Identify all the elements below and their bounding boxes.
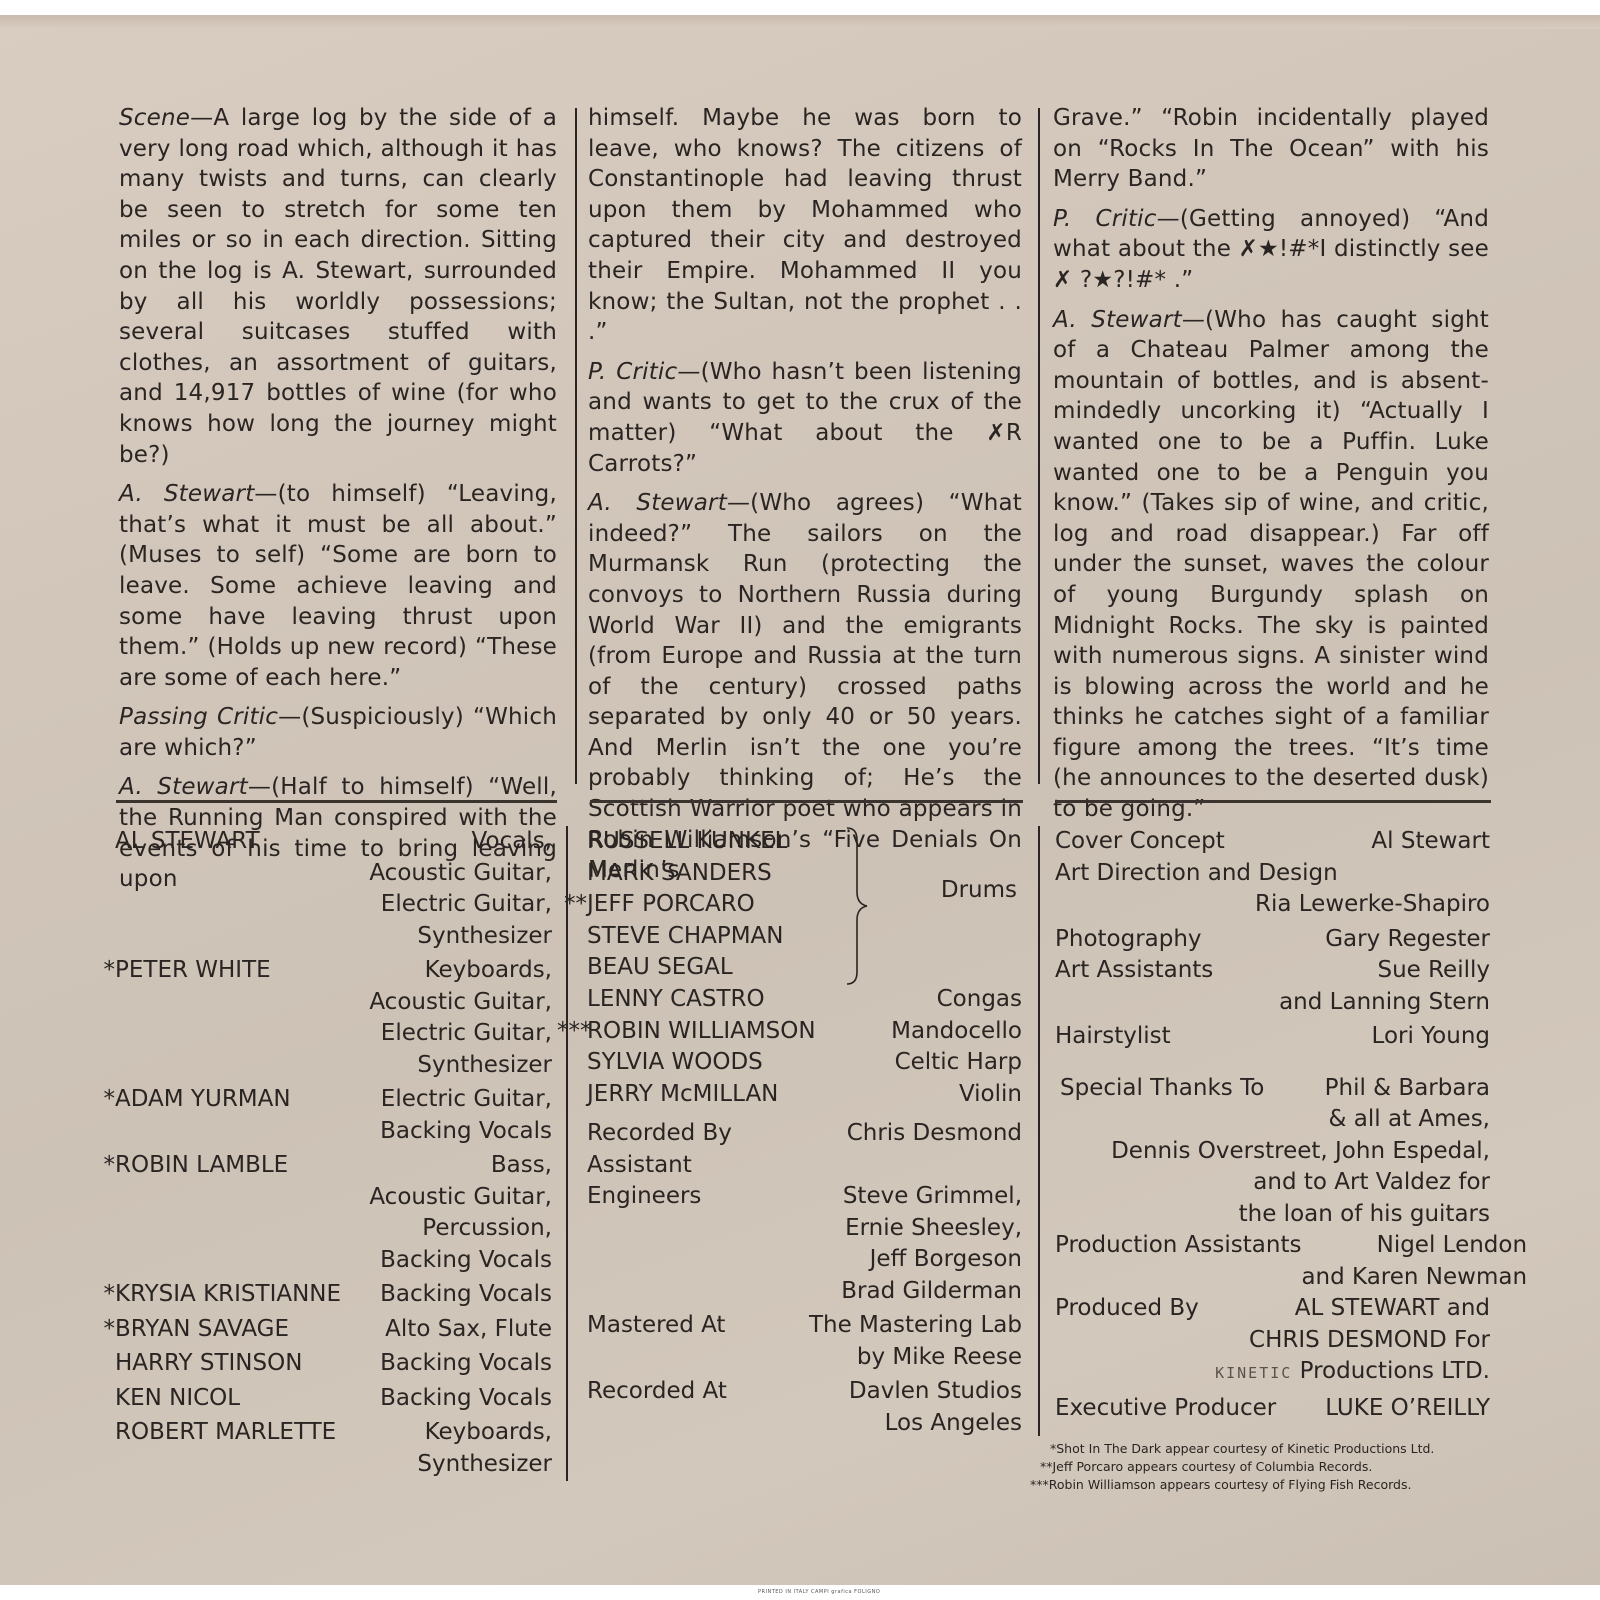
player-role: Celtic Harp (895, 1047, 1022, 1079)
paragraph-text: himself. Maybe he was born to leave, who… (588, 105, 1022, 345)
speaker-label: P. Critic (588, 359, 677, 385)
credit-row-recorded-by: Recorded ByChris Desmond (587, 1118, 1022, 1150)
footnote-marker: *** (557, 1016, 587, 1048)
player-name: JERRY McMILLAN (587, 1081, 778, 1107)
credit-value: and Karen Newman (1301, 1262, 1527, 1294)
musician-name: BRYAN SAVAGE (115, 1316, 289, 1342)
musician-role: Acoustic Guitar, (369, 987, 552, 1019)
musician-entry: *ROBIN LAMBLE Bass,Acoustic Guitar,Percu… (115, 1150, 552, 1276)
drummer-name-row: RUSSELL KUNKEL (587, 826, 1022, 858)
session-credits: RUSSELL KUNKEL MARK SANDERS **JEFF PORCA… (587, 826, 1022, 1439)
credit-label: Recorded By (587, 1118, 732, 1150)
musician-entry: HARRY STINSON Backing Vocals (115, 1348, 552, 1380)
credit-label: Hairstylist (1055, 1021, 1171, 1053)
musician-name: KEN NICOL (115, 1385, 240, 1411)
story-paragraph: A. Stewart—(Who has caught sight of a Ch… (1053, 305, 1489, 825)
musician-role: Synthesizer (369, 921, 552, 953)
drummer-name: JEFF PORCARO (587, 891, 755, 917)
credit-row-production-assistants: Production AssistantsNigel Lendonand Kar… (1055, 1230, 1490, 1293)
credit-value: The Mastering Lab (809, 1310, 1022, 1342)
printer-credit: PRINTED IN ITALY CAMPI grafica FOLIGNO (758, 1589, 880, 1595)
credit-label: Production Assistants (1055, 1230, 1301, 1293)
credit-value: AL STEWART and (1215, 1293, 1490, 1325)
credit-row-mastered-at: Mastered AtThe Mastering Labby Mike Rees… (587, 1310, 1022, 1373)
crew-credits: Cover ConceptAl Stewart Art Direction an… (1055, 826, 1490, 1424)
musician-entry: KEN NICOL Backing Vocals (115, 1383, 552, 1415)
credit-label: Art Direction and Design (1055, 858, 1338, 890)
musician-role: Keyboards, (369, 955, 552, 987)
column-divider (1038, 108, 1040, 784)
musicians-credits: AL STEWART Vocals,Acoustic Guitar,Electr… (115, 826, 552, 1480)
paragraph-text: (to himself) “Leaving, that’s what it mu… (119, 481, 557, 691)
story-paragraph: P. Critic—(Getting annoyed) “And what ab… (1053, 204, 1489, 296)
player-name: SYLVIA WOODS (587, 1049, 763, 1075)
drums-role: Drums (941, 875, 1017, 907)
musician-entry: *PETER WHITE Keyboards,Acoustic Guitar,E… (115, 955, 552, 1081)
drummer-name: MARK SANDERS (587, 860, 772, 886)
credit-value: Steve Grimmel, (841, 1181, 1022, 1213)
story-column-2: himself. Maybe he was born to leave, who… (588, 103, 1022, 895)
musician-role: Backing Vocals (380, 1348, 552, 1380)
thanks-line: Dennis Overstreet, John Espedal, (1055, 1136, 1490, 1168)
player-name: LENNY CASTRO (587, 986, 765, 1012)
musician-role: Backing Vocals (369, 1245, 552, 1277)
musician-name: ROBERT MARLETTE (115, 1419, 336, 1445)
credit-row-assistant: Assistant (587, 1150, 1022, 1182)
credit-row-produced-by: Produced ByAL STEWART andCHRIS DESMOND F… (1055, 1293, 1490, 1390)
musician-entry: ROBERT MARLETTE Keyboards,Synthesizer (115, 1417, 552, 1480)
player-row: JERRY McMILLANViolin (587, 1079, 1022, 1111)
thanks-line: Phil & Barbara (1325, 1073, 1490, 1105)
credit-value: and Lanning Stern (1279, 987, 1490, 1019)
speaker-label: Scene (119, 105, 190, 131)
column-divider (1038, 826, 1040, 1436)
curly-brace-icon (845, 826, 875, 986)
story-paragraph: Passing Critic—(Suspiciously) “Which are… (119, 702, 557, 763)
story-paragraph: Grave.” “Robin incidentally played on “R… (1053, 103, 1489, 195)
paragraph-text: (Who agrees) “What indeed?” The sailors … (588, 490, 1022, 883)
section-rule (1055, 800, 1491, 803)
speaker-label: A. Stewart (1053, 307, 1182, 333)
speaker-label: A. Stewart (119, 774, 248, 800)
credit-label: Produced By (1055, 1293, 1199, 1390)
special-thanks: Special Thanks ToPhil & Barbara & all at… (1055, 1073, 1490, 1231)
credit-value: LUKE O’REILLY (1325, 1393, 1490, 1425)
credit-value: Gary Regester (1325, 924, 1490, 956)
credit-label: Recorded At (587, 1376, 727, 1439)
paragraph-text: A large log by the side of a very long r… (119, 105, 557, 468)
musician-role: Acoustic Guitar, (369, 858, 552, 890)
musician-role: Synthesizer (369, 1050, 552, 1082)
credit-row: HairstylistLori Young (1055, 1021, 1490, 1053)
credit-value: CHRIS DESMOND For (1215, 1325, 1490, 1357)
musician-entry: AL STEWART Vocals,Acoustic Guitar,Electr… (115, 826, 552, 952)
player-name: ROBIN WILLIAMSON (587, 1018, 816, 1044)
credit-label: Executive Producer (1055, 1393, 1276, 1425)
story-column-3: Grave.” “Robin incidentally played on “R… (1053, 103, 1489, 834)
speaker-label: Passing Critic (119, 704, 278, 730)
player-row: SYLVIA WOODSCeltic Harp (587, 1047, 1022, 1079)
player-row: ***ROBIN WILLIAMSONMandocello (587, 1016, 1022, 1048)
musician-role: Electric Guitar, (369, 1018, 552, 1050)
credit-value: Nigel Lendon (1301, 1230, 1527, 1262)
musician-name: ADAM YURMAN (115, 1086, 291, 1112)
credit-row: Ria Lewerke-Shapiro (1055, 889, 1490, 921)
player-role: Mandocello (891, 1016, 1022, 1048)
footnote: *Shot In The Dark appear courtesy of Kin… (1050, 1440, 1434, 1458)
thanks-line: and to Art Valdez for (1055, 1167, 1490, 1199)
credit-label: Cover Concept (1055, 826, 1225, 858)
speaker-label: P. Critic (1053, 206, 1157, 232)
speaker-label: A. Stewart (119, 481, 254, 507)
footnote-marker: * (100, 1279, 115, 1311)
musician-name: HARRY STINSON (115, 1350, 302, 1376)
musician-name: AL STEWART (115, 828, 260, 854)
credit-label: Mastered At (587, 1310, 725, 1373)
credit-value: Al Stewart (1371, 826, 1490, 858)
credit-value: Ria Lewerke-Shapiro (1255, 889, 1490, 921)
story-paragraph: P. Critic—(Who hasn’t been listening and… (588, 357, 1022, 479)
musician-role: Synthesizer (417, 1449, 552, 1481)
credit-row: Art AssistantsSue Reillyand Lanning Ster… (1055, 955, 1490, 1018)
credit-row: Cover ConceptAl Stewart (1055, 826, 1490, 858)
drummers-group: RUSSELL KUNKEL MARK SANDERS **JEFF PORCA… (587, 826, 1022, 984)
musician-role: Backing Vocals (380, 1383, 552, 1415)
player-row: LENNY CASTROCongas (587, 984, 1022, 1016)
musician-role: Vocals, (369, 826, 552, 858)
thanks-line: & all at Ames, (1055, 1104, 1490, 1136)
footnote: ***Robin Williamson appears courtesy of … (1030, 1476, 1411, 1494)
drummer-name-row: STEVE CHAPMAN (587, 921, 1022, 953)
musician-role: Electric Guitar, (369, 889, 552, 921)
drummer-name: BEAU SEGAL (587, 954, 733, 980)
musician-name: KRYSIA KRISTIANNE (115, 1281, 341, 1307)
credit-value: Brad Gilderman (841, 1276, 1022, 1308)
column-divider (566, 826, 568, 1481)
section-rule (116, 800, 557, 803)
footnote: **Jeff Porcaro appears courtesy of Colum… (1040, 1458, 1372, 1476)
footnote-marker: * (100, 1150, 115, 1182)
credit-label: Photography (1055, 924, 1202, 956)
story-paragraph: himself. Maybe he was born to leave, who… (588, 103, 1022, 348)
paragraph-text: (Who has caught sight of a Chateau Palme… (1053, 307, 1489, 823)
story-column-1: Scene—A large log by the side of a very … (119, 103, 557, 904)
musician-role: Acoustic Guitar, (369, 1182, 552, 1214)
musician-name: PETER WHITE (115, 957, 271, 983)
credit-value: Los Angeles (849, 1408, 1022, 1440)
footnote-marker: ** (561, 889, 587, 921)
credit-row-recorded-at: Recorded AtDavlen StudiosLos Angeles (587, 1376, 1022, 1439)
musician-role: Backing Vocals (380, 1279, 552, 1311)
musician-entry: *BRYAN SAVAGE Alto Sax, Flute (115, 1314, 552, 1346)
thanks-line: the loan of his guitars (1055, 1199, 1490, 1231)
musician-role: Electric Guitar, (380, 1084, 552, 1116)
drummer-name: RUSSELL KUNKEL (587, 828, 787, 854)
musician-entry: *KRYSIA KRISTIANNE Backing Vocals (115, 1279, 552, 1311)
section-rule (590, 800, 1023, 803)
footnote-marker: * (100, 955, 115, 987)
credit-value: Chris Desmond (847, 1118, 1022, 1150)
credit-label: Engineers (587, 1181, 701, 1307)
credit-row: PhotographyGary Regester (1055, 924, 1490, 956)
footnote-marker: * (100, 1314, 115, 1346)
credit-value: Sue Reilly (1279, 955, 1490, 987)
player-role: Violin (959, 1079, 1022, 1111)
musician-name: ROBIN LAMBLE (115, 1152, 288, 1178)
drummer-name: STEVE CHAPMAN (587, 923, 784, 949)
speaker-label: A. Stewart (588, 490, 727, 516)
drummer-name-row: BEAU SEGAL (587, 952, 1022, 984)
credit-value: Davlen Studios (849, 1376, 1022, 1408)
credit-value: Productions LTD. (1300, 1358, 1490, 1384)
credit-label: Art Assistants (1055, 955, 1213, 1018)
credit-value: Ernie Sheesley, (841, 1213, 1022, 1245)
credit-label: Special Thanks To (1055, 1073, 1264, 1105)
column-divider (575, 108, 577, 784)
musician-role: Alto Sax, Flute (385, 1314, 552, 1346)
story-paragraph: A. Stewart—(to himself) “Leaving, that’s… (119, 479, 557, 693)
credit-label: Assistant (587, 1150, 692, 1182)
musician-role: Keyboards, (417, 1417, 552, 1449)
footnote-marker: * (100, 1084, 115, 1116)
credit-value: Jeff Borgeson (841, 1244, 1022, 1276)
musician-role: Percussion, (369, 1213, 552, 1245)
credit-row-executive-producer: Executive ProducerLUKE O’REILLY (1055, 1393, 1490, 1425)
paragraph-text: Grave.” “Robin incidentally played on “R… (1053, 105, 1489, 192)
musician-entry: *ADAM YURMAN Electric Guitar,Backing Voc… (115, 1084, 552, 1147)
credit-value: Lori Young (1372, 1021, 1490, 1053)
story-paragraph: Scene—A large log by the side of a very … (119, 103, 557, 470)
credit-value: by Mike Reese (809, 1342, 1022, 1374)
player-role: Congas (937, 984, 1022, 1016)
credit-row: Art Direction and Design (1055, 858, 1490, 890)
musician-role: Bass, (369, 1150, 552, 1182)
credit-row-engineers: EngineersSteve Grimmel,Ernie Sheesley,Je… (587, 1181, 1022, 1307)
musician-role: Backing Vocals (380, 1116, 552, 1148)
kinetic-logo: KINETIC (1215, 1364, 1292, 1382)
